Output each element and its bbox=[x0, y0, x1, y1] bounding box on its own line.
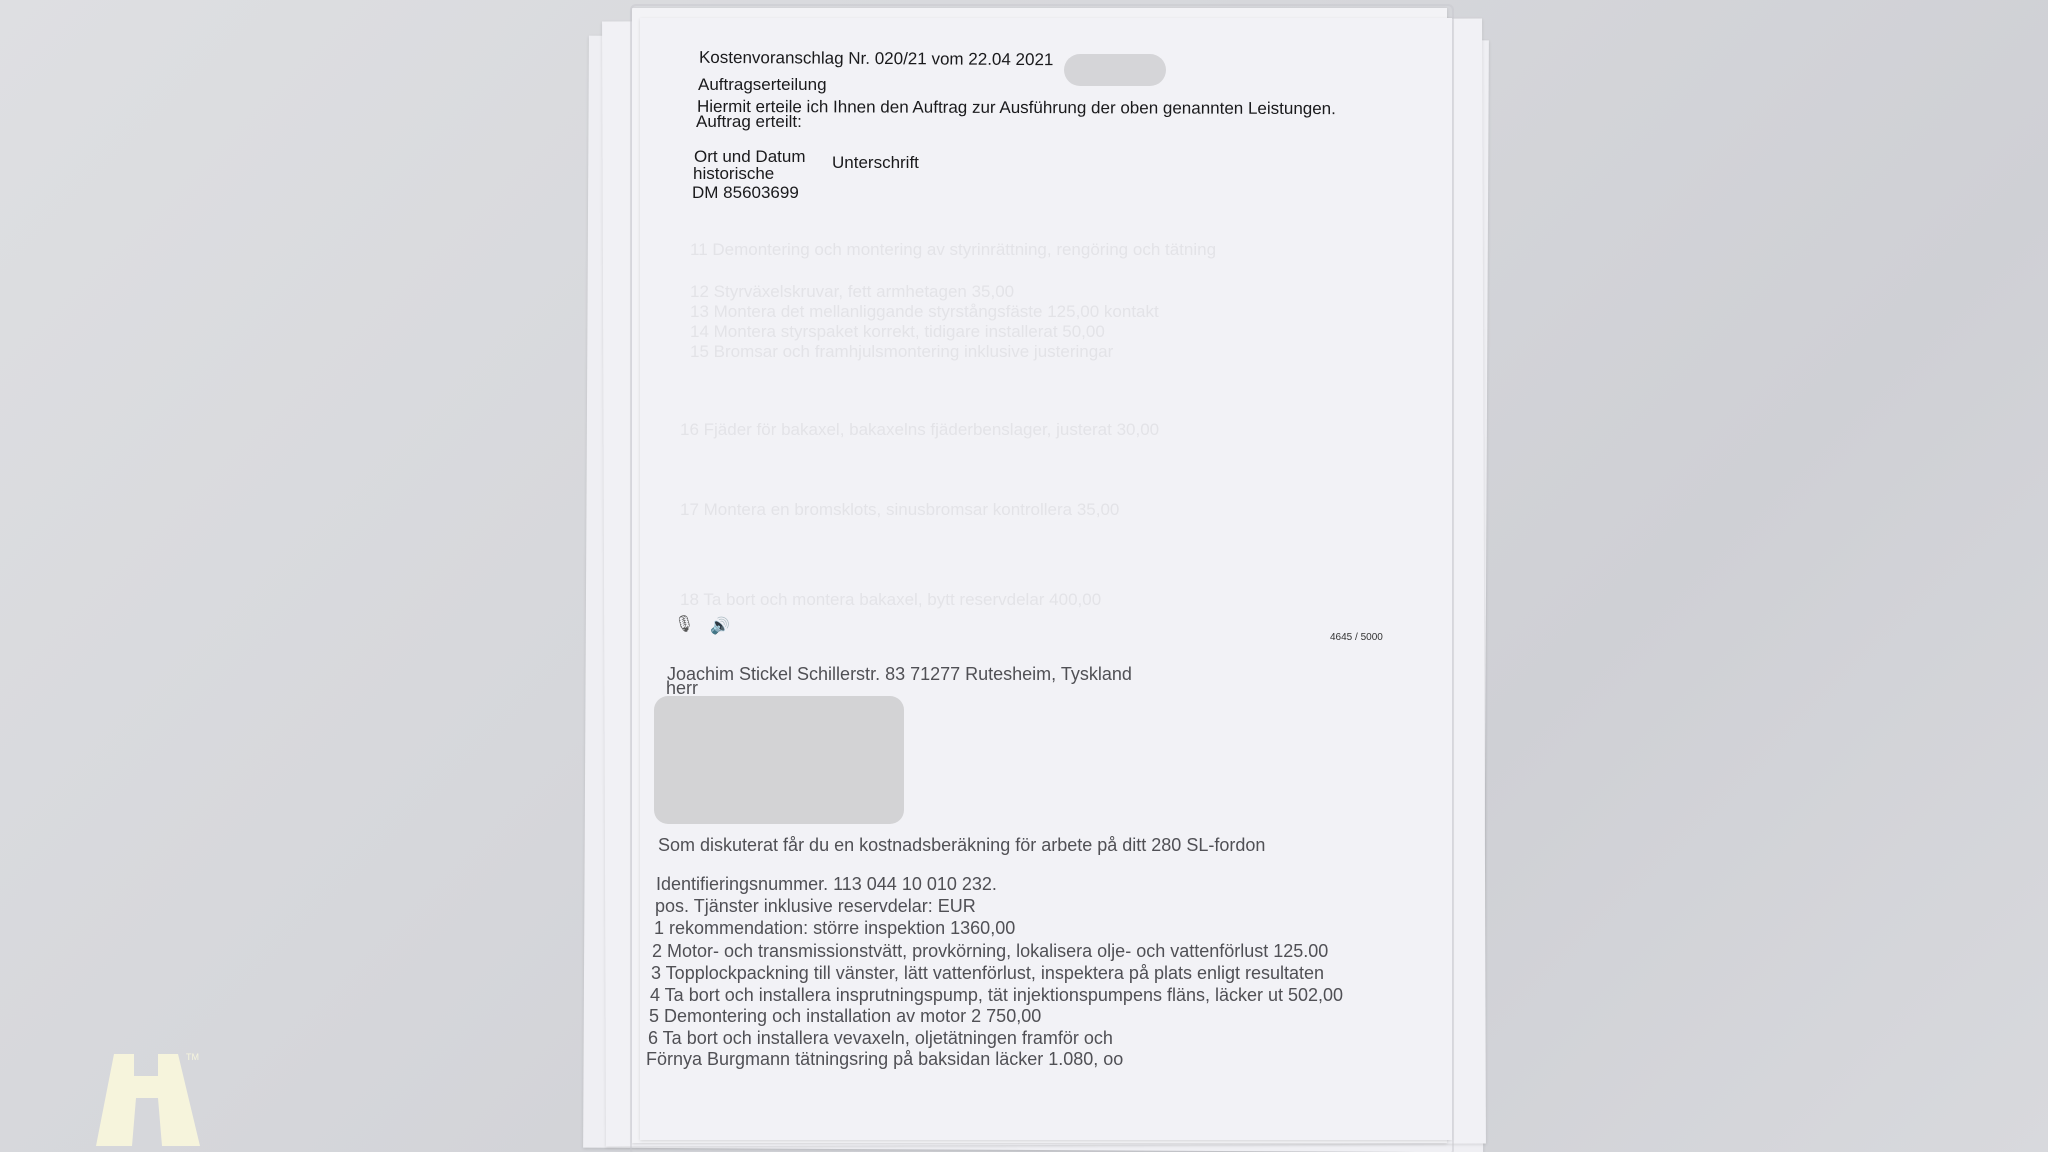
ghost-line: 14 Montera styrspaket korrekt, tidigare … bbox=[690, 322, 1105, 342]
order-given-label: Auftrag erteilt: bbox=[696, 113, 802, 131]
header-redaction bbox=[1064, 54, 1166, 86]
line-item: 3 Topplockpackning till vänster, lätt va… bbox=[651, 964, 1324, 982]
line-item: 2 Motor- och transmissionstvätt, provkör… bbox=[652, 942, 1328, 960]
microphone-icon[interactable]: 🎙 bbox=[674, 614, 694, 634]
ghost-line: 18 Ta bort och montera bakaxel, bytt res… bbox=[680, 590, 1101, 610]
salutation: herr bbox=[666, 679, 698, 697]
intro-text: Som diskuterat får du en kostnadsberäkni… bbox=[658, 836, 1265, 854]
speaker-icon[interactable]: 🔊 bbox=[710, 616, 730, 636]
address-line: Joachim Stickel Schillerstr. 83 71277 Ru… bbox=[667, 665, 1132, 683]
order-heading: Auftragserteilung bbox=[698, 76, 827, 94]
positions-header: pos. Tjänster inklusive reservdelar: EUR bbox=[655, 897, 976, 915]
char-counter: 4645 / 5000 bbox=[1330, 632, 1383, 643]
ghost-line: 17 Montera en bromsklots, sinusbromsar k… bbox=[680, 500, 1119, 520]
ghost-line: 15 Bromsar och framhjulsmontering inklus… bbox=[690, 342, 1113, 362]
ghost-line: 11 Demontering och montering av styrinrä… bbox=[690, 240, 1216, 260]
line-item: 6 Ta bort och installera vevaxeln, oljet… bbox=[648, 1029, 1113, 1047]
h-logo-icon bbox=[96, 1054, 200, 1146]
line-item: Förnya Burgmann tätningsring på baksidan… bbox=[646, 1050, 1123, 1068]
line-item: 1 rekommendation: större inspektion 1360… bbox=[654, 919, 1015, 937]
trademark-label: TM bbox=[186, 1052, 199, 1062]
company-name: historische bbox=[693, 165, 774, 183]
line-item: 5 Demontering och installation av motor … bbox=[649, 1007, 1041, 1025]
estimate-title: Kostenvoranschlag Nr. 020/21 vom 22.04 2… bbox=[699, 49, 1054, 69]
signature-label: Unterschrift bbox=[832, 154, 919, 172]
recipient-redaction bbox=[654, 696, 904, 824]
line-item: 4 Ta bort och installera insprutningspum… bbox=[650, 986, 1343, 1004]
id-line: Identifieringsnummer. 113 044 10 010 232… bbox=[656, 875, 997, 893]
ghost-line: 13 Montera det mellanliggande styrstångs… bbox=[690, 302, 1159, 322]
ghost-line: 12 Styrväxelskruvar, fett armhetagen 35,… bbox=[690, 282, 1014, 302]
ghost-line: 16 Fjäder för bakaxel, bakaxelns fjäderb… bbox=[680, 420, 1159, 440]
company-id: DM 85603699 bbox=[692, 184, 799, 202]
